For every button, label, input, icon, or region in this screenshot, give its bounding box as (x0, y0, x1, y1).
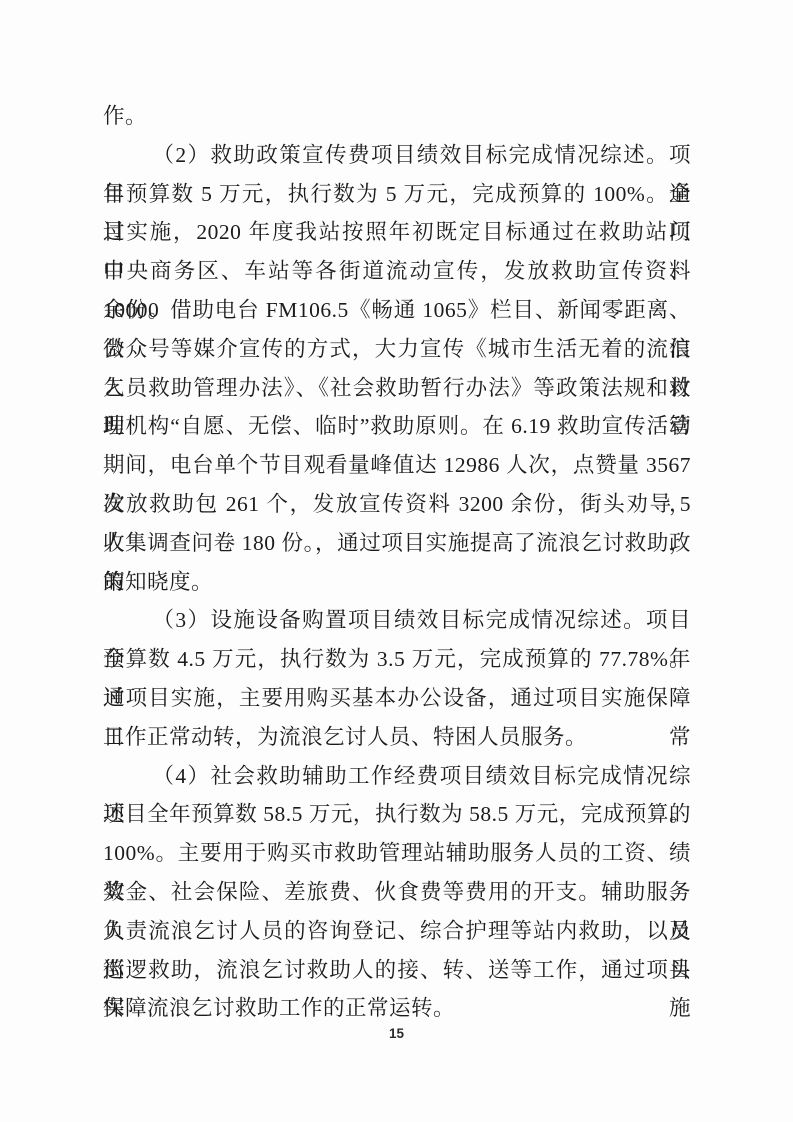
text-line: 公众号等媒介宣传的方式，大力宣传《城市生活无着的流浪乞讨 (103, 330, 691, 369)
page-number: 15 (0, 1026, 793, 1041)
text-line: 收集调查问卷 180 份。，通过项目实施提高了流浪乞讨救助政策 (103, 524, 691, 563)
text-line: 人员救助管理办法》、《社会救助暂行办法》等政策法规和救助管 (103, 369, 691, 408)
text-line: （2）救助政策宣传费项目绩效目标完成情况综述。项目全 (103, 136, 691, 175)
document-page: 作。 （2）救助政策宣传费项目绩效目标完成情况综述。项目全 年预算数 5 万元，… (0, 0, 793, 1122)
text-line: 年预算数 5 万元，执行数为 5 万元，完成预算的 100%。通过项 (103, 175, 691, 214)
text-line: 预算数 4.5 万元，执行数为 3.5 万元，完成预算的 77.78%。通 (103, 640, 691, 679)
text-line: 的知晓度。 (103, 563, 691, 602)
text-line: 作。 (103, 97, 691, 136)
text-line: 余份。借助电台 FM106.5《畅通 1065》栏目、新闻零距离、微信 (103, 291, 691, 330)
text-line: 项目全年预算数 58.5 万元，执行数为 58.5 万元，完成预算的 (103, 795, 691, 834)
document-body: 作。 （2）救助政策宣传费项目绩效目标完成情况综述。项目全 年预算数 5 万元，… (103, 97, 691, 1028)
text-line: 发放救助包 261 个，发放宣传资料 3200 余份，街头劝导 5 人， (103, 485, 691, 524)
text-line: 100%。主要用于购买市救助管理站辅助服务人员的工资、绩效、 (103, 834, 691, 873)
text-line: 期间，电台单个节目观看量峰值达 12986 人次，点赞量 3567 次， (103, 446, 691, 485)
text-line: 巡逻救助，流浪乞讨救助人的接、转、送等工作，通过项目实施 (103, 951, 691, 990)
text-line: 负责流浪乞讨人员的咨询登记、综合护理等站内救助，以及街头 (103, 912, 691, 951)
text-line: （4）社会救助辅助工作经费项目绩效目标完成情况综述。 (103, 757, 691, 796)
text-line: 过项目实施，主要用购买基本办公设备，通过项目实施保障日常 (103, 679, 691, 718)
text-line: 中央商务区、车站等各街道流动宣传，发放救助宣传资料 10000 (103, 252, 691, 291)
text-line: 奖金、社会保险、差旅费、伙食费等费用的开支。辅助服务人员 (103, 873, 691, 912)
text-line: 理机构“自愿、无偿、临时”救助原则。在 6.19 救助宣传活动 (103, 407, 691, 446)
text-line: （3）设施设备购置项目绩效目标完成情况综述。项目全年 (103, 601, 691, 640)
text-line: 目实施，2020 年度我站按照年初既定目标通过在救助站门口、 (103, 213, 691, 252)
